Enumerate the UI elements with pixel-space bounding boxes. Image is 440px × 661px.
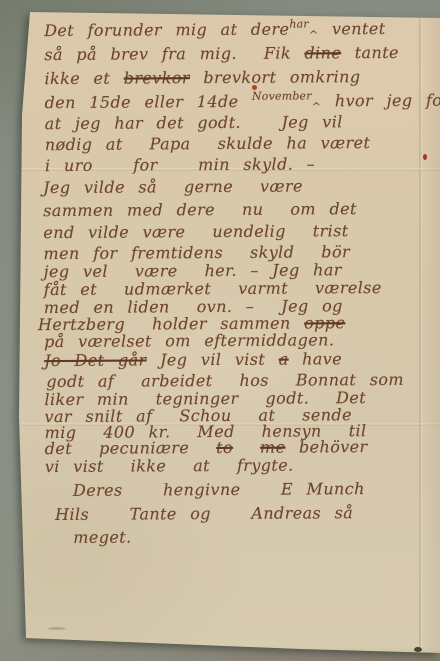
handwriting-text: det pecuniære [45,438,217,458]
handwriting-line: i uro for min skyld. – [45,154,315,175]
handwriting-text: vi vist ikke at frygte. [45,456,294,477]
handwriting-line: end vilde være uendelig trist [43,221,348,242]
handwriting-line: ikke et brevkor brevkort omkring [44,67,360,88]
handwriting-line: meget. [73,528,131,547]
handwriting-text: behöver [285,437,367,457]
handwriting-text: den 15de eller 14de [45,92,252,112]
handwriting-line: Jeg vilde så gerne være [43,176,303,197]
paper-shadow-wrapper: Det forunder mig at derehar^ ventetså på… [0,0,440,661]
handwriting-text: i uro for min skyld. – [45,154,315,175]
handwriting-text: have [289,349,343,368]
strikethrough-text: to [216,438,233,457]
handwriting-text: Jeg vilde så gerne være [43,176,303,197]
handwriting-line: vi vist ikke at frygte. [45,456,294,477]
handwriting-line: Jo Det går Jeg vil vist a have [44,349,342,370]
handwriting-text: brevkort omkring [190,67,361,87]
handwriting-text: Jeg vil vist [146,350,278,370]
handwriting-text: sammen med dere nu om det [43,199,357,220]
strikethrough-text: brevkor [124,68,190,87]
handwriting-line: Deres hengivne E Munch [73,479,365,500]
ink-spot [252,85,257,90]
strikethrough-text: dine [304,43,341,62]
handwriting-line: Hils Tante og Andreas så [55,503,353,524]
handwriting-line: sammen med dere nu om det [43,199,357,220]
handwriting-line: det pecuniære to me behöver [45,437,368,458]
handwriting-text: på værelset om eftermiddagen. [44,330,334,351]
handwriting-text: ventet [318,19,385,38]
inserted-text: har [289,17,309,30]
handwriting-line: på værelset om eftermiddagen. [44,330,334,351]
handwriting-text: Hils Tante og Andreas så [55,503,353,524]
handwriting-text: så på brev fra mig. Fik [44,43,304,64]
ink-spot [414,647,422,652]
ink-spot [423,154,427,160]
handwriting-text: at jeg har det godt. Jeg vil [45,112,343,133]
handwriting-line: at jeg har det godt. Jeg vil [45,112,343,133]
handwriting-text: Det forunder mig at dere [44,20,289,40]
handwriting-text [233,438,260,457]
handwriting-text: ikke et [44,69,123,88]
strikethrough-text: Jo Det går [44,350,146,370]
strikethrough-text: me [260,438,286,457]
inserted-text: November [252,89,312,102]
ink-spot [48,627,66,630]
handwriting-line: så på brev fra mig. Fik dine tante [44,43,399,64]
letter-paper: Det forunder mig at derehar^ ventetså på… [0,0,440,661]
handwriting-line: den 15de eller 14de November^ hvor jeg f… [45,90,440,112]
handwriting-text: end vilde være uendelig trist [43,221,348,242]
handwriting-line: Det forunder mig at derehar^ ventet [44,19,385,40]
handwriting-line: nødig at Papa skulde ha været [45,133,371,154]
handwriting-block: Det forunder mig at derehar^ ventetså på… [0,0,440,661]
handwriting-text: hvor jeg fortæller [321,90,440,110]
handwriting-text: nødig at Papa skulde ha været [45,133,371,154]
handwriting-text: meget. [73,528,131,547]
photo-background: Det forunder mig at derehar^ ventetså på… [0,0,440,661]
handwriting-text: Deres hengivne E Munch [73,479,365,500]
handwriting-text: tante [341,43,399,62]
caret-mark: ^ [309,28,319,41]
